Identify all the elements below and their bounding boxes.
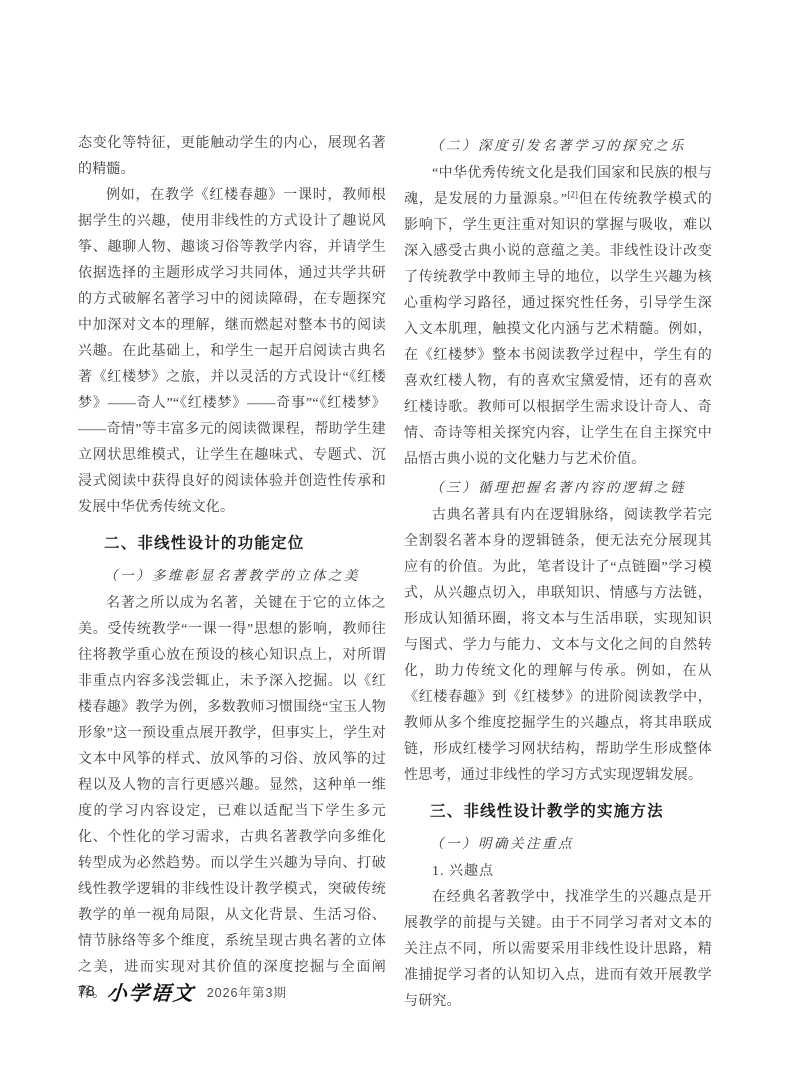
paragraph-exploration-joy: “中华优秀传统文化是我们国家和民族的根与魂，是发展的力量源泉。”[2]但在传统教… [404, 161, 712, 473]
paragraph-logic-chain: 古典名著具有内在逻辑脉络，阅读教学若完全割裂名著本身的逻辑链条，便无法充分展现其… [404, 503, 712, 789]
page-number: 78 [78, 983, 95, 1000]
subsection-heading-2-3: （三）循理把握名著内容的逻辑之链 [404, 475, 712, 501]
subsection-heading-3-1: （一）明确关注重点 [404, 831, 712, 857]
paragraph-interest-point: 在经典名著教学中，找准学生的兴趣点是开展教学的前提与关键。由于不同学习者对文本的… [404, 885, 712, 1015]
numbered-point-1: 1. 兴趣点 [404, 859, 712, 885]
journal-logo: 小学语文 [106, 977, 196, 1006]
subsection-heading-2-2: （二）深度引发名著学习的探究之乐 [404, 133, 712, 159]
right-column: （二）深度引发名著学习的探究之乐 “中华优秀传统文化是我们国家和民族的根与魂，是… [404, 131, 712, 1015]
page-footer: 78 小学语文 2026年第3期 [78, 977, 287, 1006]
footnote-ref-2: [2] [567, 189, 578, 199]
journal-page: 态变化等特征，更能触动学生的内心，展现名著的精髓。 例如，在教学《红楼春趣》一课… [0, 0, 800, 1077]
paragraph-exploration-joy-rest: 但在传统教学模式的影响下，学生更注重对知识的掌握与吸收，难以深入感受古典小说的意… [404, 192, 712, 467]
paragraph-multidimensional-beauty: 名著之所以成为名著，关键在于它的立体之美。受传统教学“一课一得”思想的影响，教师… [78, 591, 386, 1007]
left-column: 态变化等特征，更能触动学生的内心，展现名著的精髓。 例如，在教学《红楼春趣》一课… [78, 131, 386, 1007]
subsection-heading-2-1: （一）多维彰显名著教学的立体之美 [78, 563, 386, 589]
paragraph-honglou-example: 例如，在教学《红楼春趣》一课时，教师根据学生的兴趣，使用非线性的方式设计了趣说风… [78, 183, 386, 521]
paragraph-continuation: 态变化等特征，更能触动学生的内心，展现名著的精髓。 [78, 131, 386, 183]
section-heading-2: 二、非线性设计的功能定位 [78, 531, 386, 557]
issue-label: 2026年第3期 [207, 983, 287, 1001]
section-heading-3: 三、非线性设计教学的实施方法 [404, 799, 712, 825]
